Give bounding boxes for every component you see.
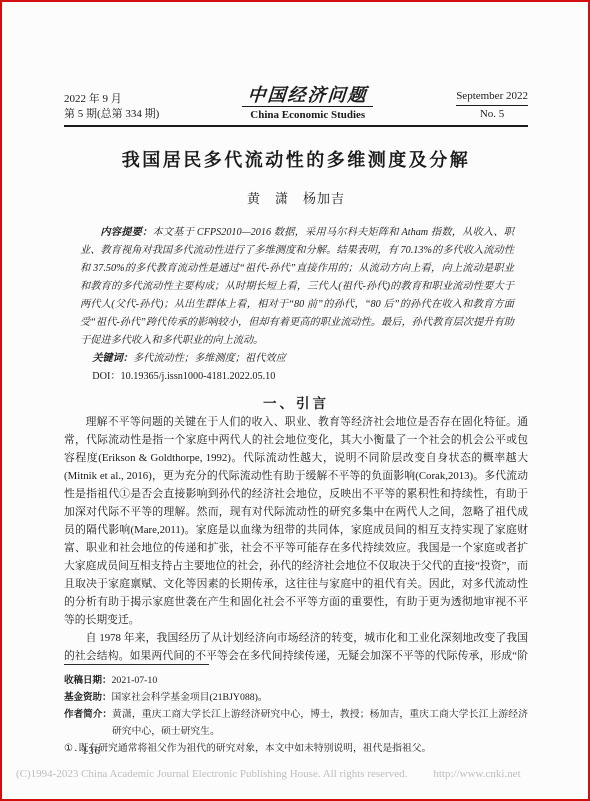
paper-title: 我国居民多代流动性的多维测度及分解 [64,146,528,172]
footnote-bio-text: 黄潇，重庆工商大学长江上游经济研究中心，博士，教授；杨加吉，重庆工商大学长江上游… [112,709,528,737]
footnote-received: 收稿日期：2021-07-10 [64,672,528,689]
header-issue-cn: 第 5 期(总第 334 期) [64,107,159,122]
footnote-funding-text: 国家社会科学基金项目(21BJY088)。 [112,692,268,703]
footnote-funding-label: 基金资助： [64,692,112,703]
header-date-cn: 2022 年 9 月 [64,92,159,107]
keywords-line: 关键词：多代流动性；多维测度；祖代效应 [80,350,514,368]
header-date-issue-en: September 2022 No. 5 [456,89,528,122]
article-body: 理解不平等问题的关键在于人们的收入、职业、教育等经济社会地位是否存在固化特征。通… [64,413,528,665]
keywords-label: 关键词： [92,353,133,364]
footnote-note1-text: 既有研究通常将祖父作为祖代的研究对象，本文中如未特别说明，祖代是指祖父。 [79,743,432,754]
footnote-funding: 基金资助：国家社会科学基金项目(21BJY088)。 [64,689,528,706]
body-paragraph-1: 理解不平等问题的关键在于人们的收入、职业、教育等经济社会地位是否存在固化特征。通… [64,413,528,629]
keywords-text: 多代流动性；多维测度；祖代效应 [133,353,286,364]
footnote-received-label: 收稿日期： [64,675,112,686]
journal-name-english: China Economic Studies [242,106,373,122]
journal-logo-calligraphy: 中国经济问题 [242,86,374,105]
abstract-text: 本文基于 CFPS2010—2016 数据，采用马尔科夫矩阵和 Atham 指数… [80,227,514,346]
section-heading-introduction: 一、引言 [64,392,528,412]
footnote-author-bio: 作者简介：黄潇，重庆工商大学长江上游经济研究中心，博士，教授；杨加吉，重庆工商大… [64,706,528,740]
footnote-received-text: 2021-07-10 [112,675,158,686]
footnote-note1-marker: ① [64,743,73,754]
header-issue-en: No. 5 [456,105,528,122]
journal-header: 2022 年 9 月 第 5 期(总第 334 期) 中国经济问题 China … [64,86,528,127]
doi-line: DOI：10.19365/j.issn1000-4181.2022.05.10 [80,368,514,386]
page-number: · 136 · [74,746,109,757]
journal-page: 2022 年 9 月 第 5 期(总第 334 期) 中国经济问题 China … [0,0,590,801]
header-date-en: September 2022 [456,90,528,102]
abstract-label: 内容提要： [100,227,152,238]
footnote-divider [64,664,209,665]
copyright-footer: (C)1994-2023 China Academic Journal Elec… [16,768,578,780]
abstract-paragraph: 内容提要：本文基于 CFPS2010—2016 数据，采用马尔科夫矩阵和 Ath… [80,224,514,350]
header-date-issue: 2022 年 9 月 第 5 期(总第 334 期) [64,92,159,122]
abstract-block: 内容提要：本文基于 CFPS2010—2016 数据，采用马尔科夫矩阵和 Ath… [80,224,514,386]
footnote-note1: ①既有研究通常将祖父作为祖代的研究对象，本文中如未特别说明，祖代是指祖父。 [64,740,528,757]
copyright-text: (C)1994-2023 China Academic Journal Elec… [16,768,407,780]
paper-authors: 黄 潇 杨加吉 [64,188,528,207]
footnote-bio-label: 作者简介： [64,709,112,720]
footnotes-block: 收稿日期：2021-07-10 基金资助：国家社会科学基金项目(21BJY088… [64,672,528,757]
journal-name-block: 中国经济问题 China Economic Studies [242,86,373,122]
body-paragraph-2: 自 1978 年来，我国经历了从计划经济向市场经济的转变，城市化和工业化深刻地改… [64,629,528,665]
cnki-url-link[interactable]: http://www.cnki.net [433,768,520,780]
